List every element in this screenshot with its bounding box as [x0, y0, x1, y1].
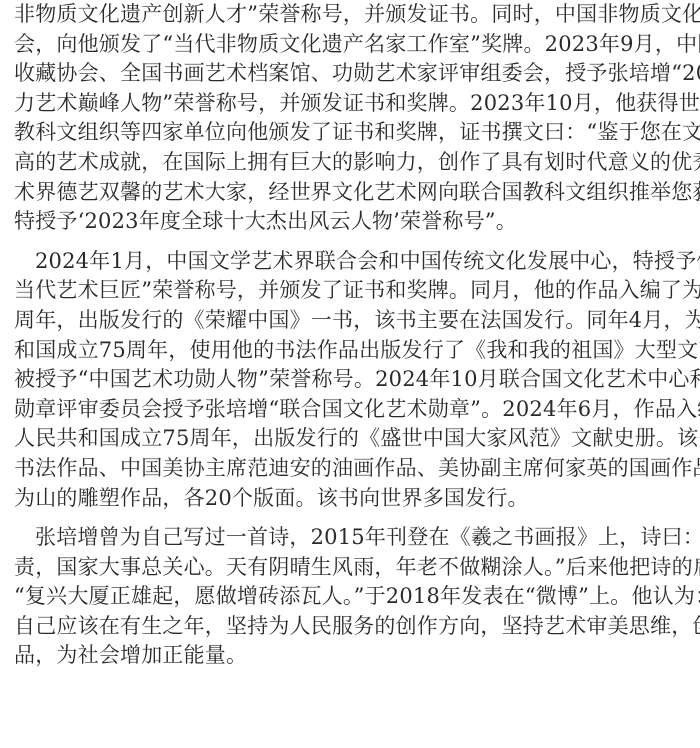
text-line: 力艺术巅峰人物”荣誉称号，并颁发证书和奖牌。2023年10月，他获得世界艺术奖，… [14, 89, 686, 119]
text-line: 术界德艺双馨的艺术大家，经世界文化艺术网向联合国教科文组织推举您获得世界艺术奖， [14, 178, 686, 208]
text-line: 品，为社会增加正能量。 [14, 641, 686, 671]
text-line: 勋章评审委员会授予张培增“联合国文化艺术勋章”。2024年6月，作品入编了为庆祝… [14, 395, 686, 425]
text-line: 高的艺术成就，在国际上拥有巨大的影响力，创作了具有划时代意义的优秀作品，是国际艺 [14, 148, 686, 178]
text-line: 特授予‘2023年度全球十大杰出风云人物’荣誉称号”。 [14, 207, 686, 237]
article-body: 非物质文化遗产创新人才”荣誉称号，并颁发证书。同时，中国非物质文化遗产艺术委员 … [14, 0, 686, 671]
text-line: 书法作品、中国美协主席范迪安的油画作品、美协副主席何家英的国画作品、美协副主席吴 [14, 454, 686, 484]
paragraph-awards-2023: 非物质文化遗产创新人才”荣誉称号，并颁发证书。同时，中国非物质文化遗产艺术委员 … [14, 0, 686, 237]
text-line: 当代艺术巨匠”荣誉称号，并颁发了证书和奖牌。同月，他的作品入编了为庆祝中法建交6… [14, 276, 686, 306]
text-line: 2024年1月，中国文学艺术界联合会和中国传统文化发展中心，特授予他“2023年… [14, 247, 686, 277]
text-line: 责，国家大事总关心。天有阴晴生风雨，年老不做糊涂人。”后来他把诗的后两句改为了 [14, 553, 686, 583]
text-line: 周年，出版发行的《荣耀中国》一书，该书主要在法国发行。同年4月，为庆祝中华人民共 [14, 306, 686, 336]
text-line: 非物质文化遗产创新人才”荣誉称号，并颁发证书。同时，中国非物质文化遗产艺术委员 [14, 0, 686, 30]
paragraph-awards-2024: 2024年1月，中国文学艺术界联合会和中国传统文化发展中心，特授予他“2023年… [14, 247, 686, 513]
text-line: 被授予“中国艺术功勋人物”荣誉称号。2024年10月联合国文化艺术中心和联合国文… [14, 365, 686, 395]
text-line: 人民共和国成立75周年，出版发行的《盛世中国大家风范》文献史册。该书刊载了张培增… [14, 424, 686, 454]
text-line: 收藏协会、全国书画艺术档案馆、功勋艺术家评审组委会，授予张培增“2023年度百位… [14, 59, 686, 89]
paragraph-poem: 张培增曾为自己写过一首诗，2015年刊登在《羲之书画报》上，诗曰：“古稀不忘匹夫… [14, 523, 686, 671]
text-line: 张培增曾为自己写过一首诗，2015年刊登在《羲之书画报》上，诗曰：“古稀不忘匹夫 [14, 523, 686, 553]
text-line: 为山的雕塑作品，各20个版面。该书向世界多国发行。 [14, 484, 686, 514]
paragraph-gap [14, 513, 686, 523]
text-line: 自己应该在有生之年，坚持为人民服务的创作方向，坚持艺术审美思维，创作出更好的作 [14, 612, 686, 642]
paragraph-gap [14, 237, 686, 247]
text-line: 和国成立75周年，使用他的书法作品出版发行了《我和我的祖国》大型文献类珍藏邮册。… [14, 336, 686, 366]
text-line: 教科文组织等四家单位向他颁发了证书和奖牌，证书撰文曰：“鉴于您在文艺方面取得了极 [14, 118, 686, 148]
text-line: 会，向他颁发了“当代非物质文化遗产名家工作室”奖牌。2023年9月，中国艺术品鉴… [14, 30, 686, 60]
text-line: “复兴大厦正雄起，愿做增砖添瓦人。”于2018年发表在“微博”上。他认为：艺无止… [14, 582, 686, 612]
